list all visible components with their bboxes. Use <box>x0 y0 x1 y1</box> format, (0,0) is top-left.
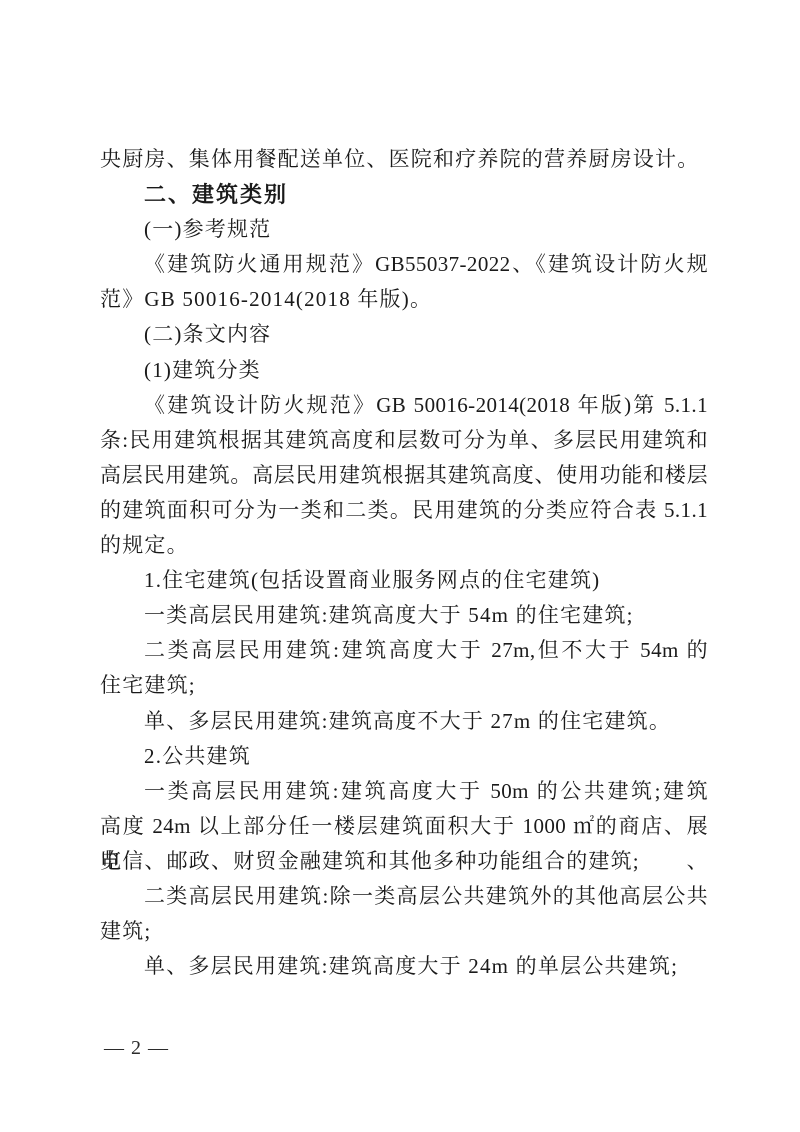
doc-line: 建筑; <box>100 914 708 949</box>
doc-line: 一类高层民用建筑:建筑高度大于 50m 的公共建筑;建筑 <box>100 774 708 809</box>
doc-line: 范》GB 50016-2014(2018 年版)。 <box>100 282 708 317</box>
subheading-building-classification: (1)建筑分类 <box>100 353 708 388</box>
document-text-block: 央厨房、集体用餐配送单位、医院和疗养院的营养厨房设计。 二、建筑类别 (一)参考… <box>100 142 708 984</box>
subheading-reference-standards: (一)参考规范 <box>100 212 708 247</box>
doc-line: 二类高层民用建筑:建筑高度大于 27m,但不大于 54m 的 <box>100 633 708 668</box>
doc-line: 《建筑防火通用规范》GB55037-2022、《建筑设计防火规 <box>100 247 708 282</box>
doc-line: 条:民用建筑根据其建筑高度和层数可分为单、多层民用建筑和 <box>100 423 708 458</box>
doc-line: 一类高层民用建筑:建筑高度大于 54m 的住宅建筑; <box>100 598 708 633</box>
doc-line: 电信、邮政、财贸金融建筑和其他多种功能组合的建筑; <box>100 844 708 879</box>
page-number: — 2 — <box>104 1035 169 1061</box>
section-heading-building-category: 二、建筑类别 <box>100 177 708 212</box>
doc-line: 单、多层民用建筑:建筑高度不大于 27m 的住宅建筑。 <box>100 704 708 739</box>
doc-line: 《建筑设计防火规范》GB 50016-2014(2018 年版)第 5.1.1 <box>100 388 708 423</box>
doc-line: 二类高层民用建筑:除一类高层公共建筑外的其他高层公共 <box>100 879 708 914</box>
doc-line: 的建筑面积可分为一类和二类。民用建筑的分类应符合表 5.1.1 <box>100 493 708 528</box>
doc-line: 的规定。 <box>100 528 708 563</box>
document-page: 央厨房、集体用餐配送单位、医院和疗养院的营养厨房设计。 二、建筑类别 (一)参考… <box>0 0 800 1132</box>
doc-line: 高度 24m 以上部分任一楼层建筑面积大于 1000 ㎡的商店、展览、 <box>100 809 708 844</box>
item-heading-residential-buildings: 1.住宅建筑(包括设置商业服务网点的住宅建筑) <box>100 563 708 598</box>
doc-line: 住宅建筑; <box>100 668 708 703</box>
item-heading-public-buildings: 2.公共建筑 <box>100 739 708 774</box>
doc-line: 单、多层民用建筑:建筑高度大于 24m 的单层公共建筑; <box>100 949 708 984</box>
doc-line: 央厨房、集体用餐配送单位、医院和疗养院的营养厨房设计。 <box>100 142 708 177</box>
subheading-clause-content: (二)条文内容 <box>100 317 708 352</box>
doc-line: 高层民用建筑。高层民用建筑根据其建筑高度、使用功能和楼层 <box>100 458 708 493</box>
